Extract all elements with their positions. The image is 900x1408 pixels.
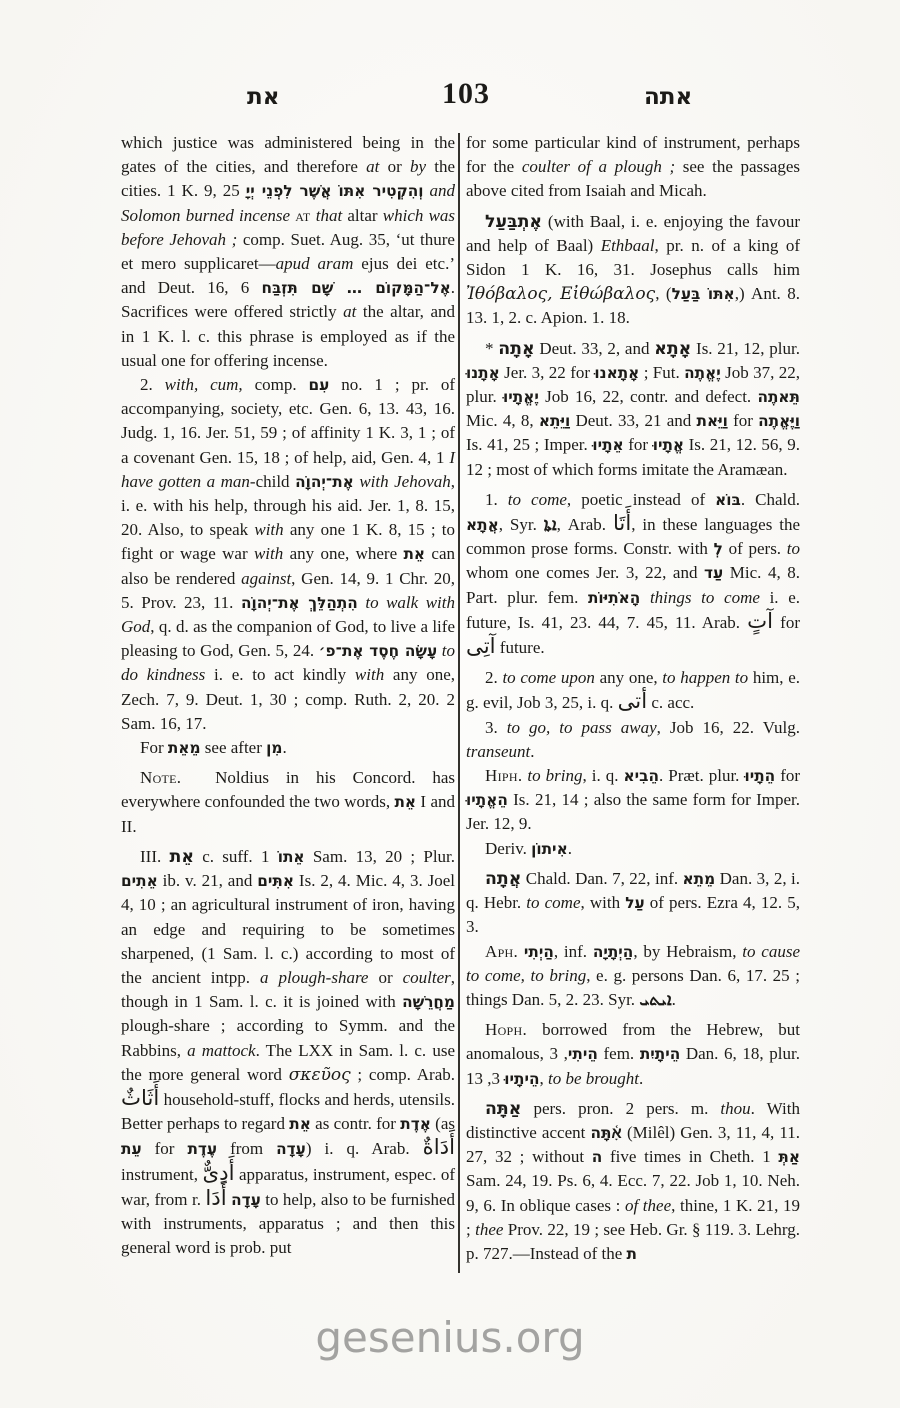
paragraph: 2. with, cum, comp. עִם no. 1 ; pr. of a… <box>121 373 455 736</box>
paragraph: * אָתָה Deut. 33, 2, and אָתָא Is. 21, 1… <box>466 337 800 482</box>
paragraph: Hoph. borrowed from the Hebrew, but anom… <box>466 1018 800 1091</box>
paragraph: 2. to come upon any one, to happen to hi… <box>466 666 800 715</box>
paragraph: which justice was administered being in … <box>121 131 455 373</box>
paragraph: For מֵאֵת see after מִן. <box>121 736 455 760</box>
paragraph: אֶתְבַּעַל (with Baal, i. e. enjoying th… <box>466 210 800 331</box>
column-divider <box>458 133 460 1273</box>
paragraph: Deriv. אִיתוֹן. <box>466 837 800 861</box>
page-number: 103 <box>16 78 900 110</box>
paragraph: אַתָּה pers. pron. 2 pers. m. thou. With… <box>466 1097 800 1266</box>
book-page: את 103 אתה which justice was administere… <box>0 0 900 1408</box>
right-column: for some particular kind of instrument, … <box>466 131 800 1266</box>
paragraph: Aph. הַיְתִי, inf. הַיְתָיָה, by Hebrais… <box>466 940 800 1013</box>
paragraph: Hiph. to bring, i. q. הֵבִיא. Præt. plur… <box>466 764 800 837</box>
paragraph: Note. Noldius in his Concord. has everyw… <box>121 766 455 839</box>
left-column: which justice was administered being in … <box>121 131 455 1260</box>
paragraph: for some particular kind of instrument, … <box>466 131 800 204</box>
paragraph: III. אֵת c. suff. אֵתוֹ 1 Sam. 13, 20 ; … <box>121 845 455 1260</box>
paragraph: אֲתָה Chald. Dan. 7, 22, inf. מֵתֵא Dan.… <box>466 867 800 940</box>
watermark: gesenius.org <box>0 1314 900 1362</box>
paragraph: 1. to come, poetic instead of בּוֹא. Cha… <box>466 488 800 660</box>
running-head-right: אתה <box>644 84 692 110</box>
paragraph: 3. to go, to pass away, Job 16, 22. Vulg… <box>466 716 800 764</box>
